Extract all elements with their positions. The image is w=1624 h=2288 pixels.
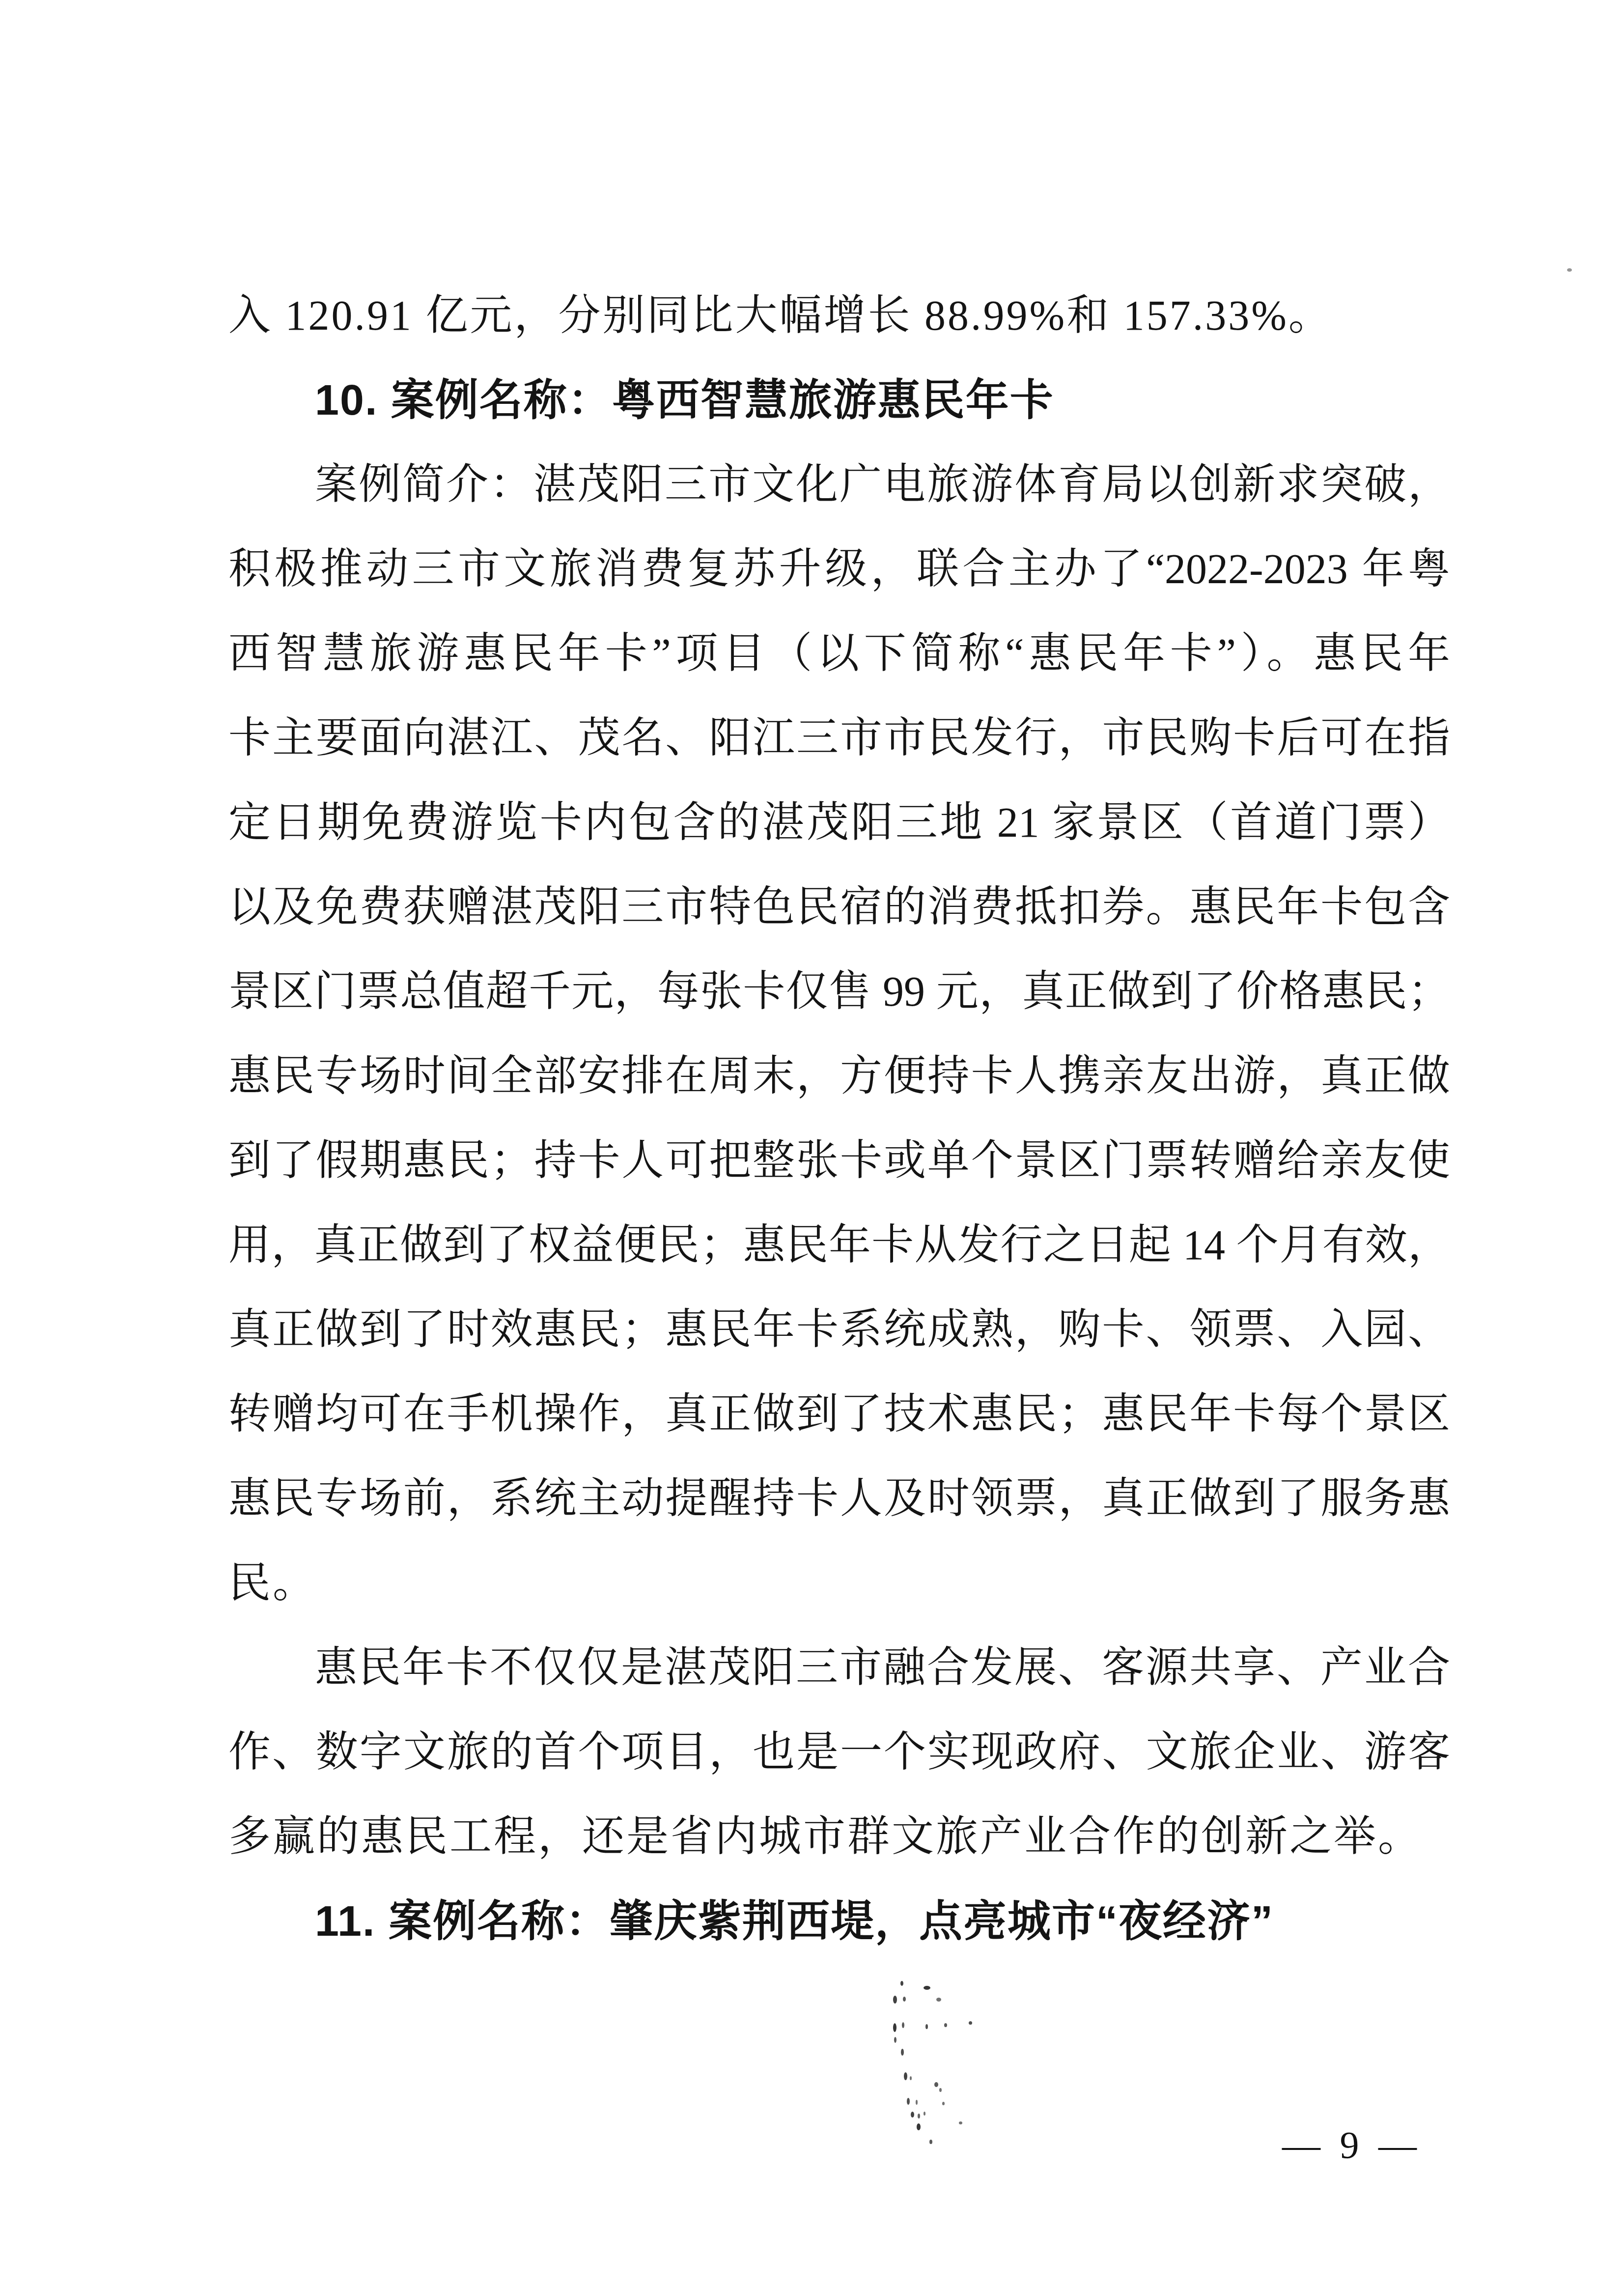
smudge-speck — [959, 2121, 962, 2124]
body-text-line: 作、数字文旅的首个项目，也是一个实现政府、文旅企业、游客 — [228, 1726, 1450, 1778]
smudge-speck — [902, 2022, 904, 2028]
smudge-speck — [917, 2123, 921, 2130]
corner-speck — [1567, 268, 1572, 272]
smudge-speck — [893, 2023, 896, 2032]
page-number: — 9 — — [1282, 2121, 1459, 2169]
body-text-line: 以及免费获赠湛茂阳三市特色民宿的消费抵扣券。惠民年卡包含 — [228, 881, 1450, 932]
scanned-document-page: 入 120.91 亿元，分别同比大幅增长 88.99%和 157.33%。10.… — [0, 0, 1624, 2288]
smudge-speck — [893, 1996, 897, 2004]
smudge-speck — [936, 1998, 941, 2002]
body-text-line: 积极推动三市文旅消费复苏升级，联合主办了“2022-2023 年粤 — [228, 543, 1450, 594]
body-text-line: 入 120.91 亿元，分别同比大幅增长 88.99%和 157.33%。 — [228, 290, 1450, 341]
smudge-speck — [907, 2098, 910, 2105]
smudge-speck — [929, 2140, 932, 2144]
case-heading-line: 11. 案例名称：肇庆紫荆西堤，点亮城市“夜经济” — [228, 1895, 1450, 1947]
smudge-speck — [916, 2100, 918, 2105]
smudge-speck — [944, 2023, 947, 2027]
smudge-speck — [911, 2112, 914, 2118]
smudge-speck — [901, 2049, 904, 2056]
body-text-line: 多赢的惠民工程，还是省内城市群文旅产业合作的创新之举。 — [228, 1811, 1450, 1862]
body-text-line: 西智慧旅游惠民年卡”项目（以下简称“惠民年卡”）。惠民年 — [228, 628, 1450, 679]
case-heading-line: 10. 案例名称：粤西智慧旅游惠民年卡 — [228, 374, 1450, 425]
body-text-line: 定日期免费游览卡内包含的湛茂阳三地 21 家景区（首道门票） — [228, 797, 1450, 848]
smudge-speck — [894, 2037, 896, 2043]
smudge-speck — [918, 2114, 920, 2119]
body-text-line: 用，真正做到了权益便民；惠民年卡从发行之日起 14 个月有效， — [228, 1219, 1450, 1271]
body-text-line: 卡主要面向湛江、茂名、阳江三市市民发行，市民购卡后可在指 — [228, 712, 1450, 763]
body-text-line: 真正做到了时效惠民；惠民年卡系统成熟，购卡、领票、入园、 — [228, 1304, 1450, 1355]
smudge-speck — [934, 2082, 938, 2087]
body-text-line: 惠民年卡不仅仅是湛茂阳三市融合发展、客源共享、产业合 — [228, 1642, 1450, 1693]
smudge-speck — [904, 2072, 907, 2080]
smudge-speck — [942, 2102, 945, 2105]
body-text-line: 案例简介：湛茂阳三市文化广电旅游体育局以创新求突破， — [228, 459, 1450, 510]
body-text-line: 民。 — [228, 1557, 1450, 1609]
body-text-line: 景区门票总值超千元，每张卡仅售 99 元，真正做到了价格惠民； — [228, 966, 1450, 1017]
smudge-speck — [924, 1986, 930, 1990]
body-text-line: 惠民专场时间全部安排在周末，方便持卡人携亲友出游，真正做 — [228, 1050, 1450, 1102]
smudge-speck — [903, 1997, 906, 2002]
smudge-speck — [969, 2021, 972, 2025]
smudge-speck — [900, 1981, 903, 1986]
body-text-line: 到了假期惠民；持卡人可把整张卡或单个景区门票转赠给亲友使 — [228, 1135, 1450, 1186]
smudge-speck — [910, 2076, 912, 2080]
body-text-line: 惠民专场前，系统主动提醒持卡人及时领票，真正做到了服务惠 — [228, 1473, 1450, 1524]
smudge-speck — [925, 2024, 928, 2029]
body-text-line: 转赠均可在手机操作，真正做到了技术惠民；惠民年卡每个景区 — [228, 1388, 1450, 1440]
smudge-speck — [939, 2088, 942, 2092]
smudge-speck — [924, 2112, 925, 2116]
